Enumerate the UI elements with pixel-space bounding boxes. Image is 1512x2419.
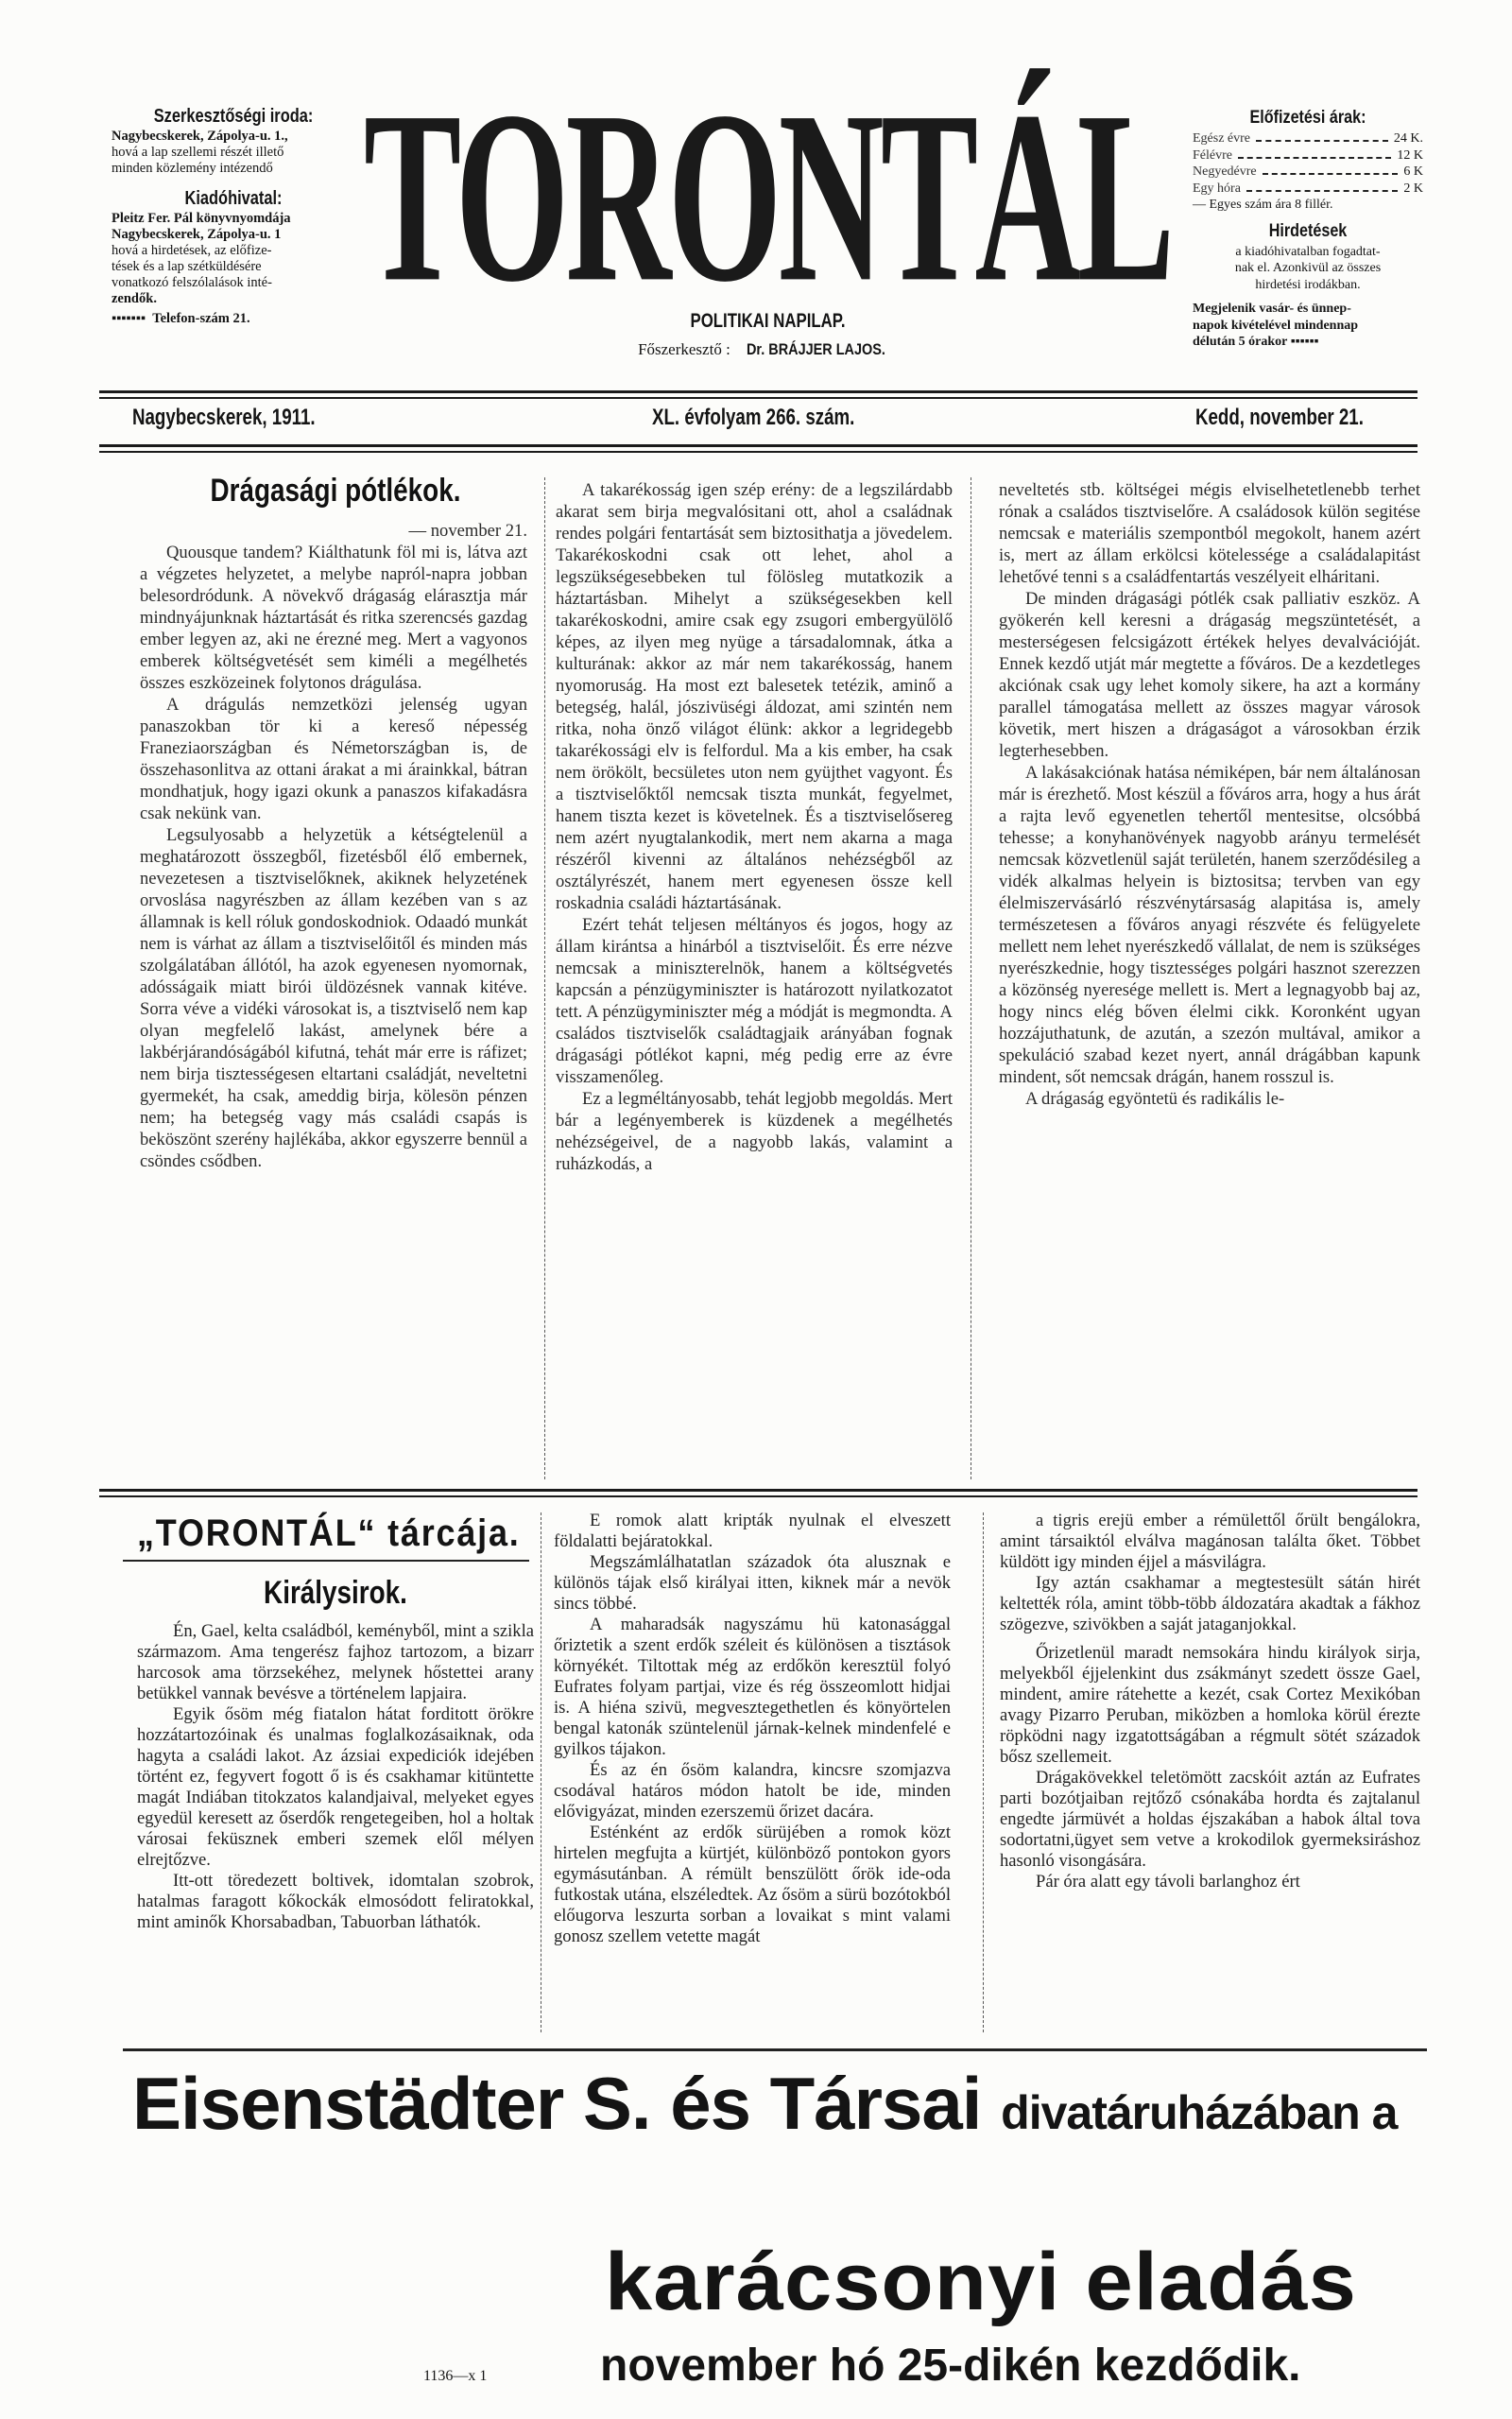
price-row: Negyedévre6 K — [1193, 164, 1423, 181]
advertisement-headline: Eisenstädter S. és Társai divatáruházába… — [132, 2061, 1436, 2147]
feuilleton-column-2: E romok alatt kripták nyulnak el elvesze… — [554, 1511, 951, 1947]
feuilleton-column-1: Én, Gael, kelta családból, keményből, mi… — [137, 1621, 534, 1933]
paragraph: Itt-ott töredezett boltivek, idomtalan s… — [137, 1871, 534, 1933]
paragraph: Esténként az erdők sürüjében a romok köz… — [554, 1823, 951, 1947]
editorial-office-line: minden közlemény intézendő — [112, 161, 355, 177]
column-divider — [544, 477, 545, 1479]
paragraph: Ez a legméltányosabb, tehát legjobb mego… — [556, 1088, 953, 1175]
paragraph: E romok alatt kripták nyulnak el elvesze… — [554, 1511, 951, 1552]
paragraph: Pár óra alatt egy távoli barlanghoz ért — [1000, 1872, 1420, 1892]
newspaper-title: TORONTÁL — [383, 102, 1153, 296]
dateline-date: Kedd, november 21. — [1195, 405, 1364, 431]
paragraph: A drágaság egyöntetü és radikális le- — [999, 1088, 1420, 1110]
paragraph: Legsulyosabb a helyzetük a kétségtelenül… — [140, 824, 527, 1172]
dateline-place-year: Nagybecskerek, 1911. — [132, 405, 316, 431]
advertisement-sale-title: karácsonyi eladás — [605, 2236, 1357, 2329]
paragraph: A maharadsák nagyszámu hü katonasággal ő… — [554, 1615, 951, 1760]
paragraph: Ezért tehát teljesen méltányos és jogos,… — [556, 914, 953, 1088]
schedule-line: napok kivételével mindennap — [1193, 318, 1423, 335]
editorial-office-heading: Szerkesztőségi iroda: — [133, 104, 334, 129]
paragraph: neveltetés stb. költségei mégis elviselh… — [999, 479, 1420, 588]
publishing-office-line: tések és a lap szétküldésére — [112, 259, 355, 275]
ads-line: hirdetési irodákban. — [1193, 277, 1423, 294]
feuilleton-column-3: a tigris erejü ember a rémülettől őrült … — [1000, 1511, 1420, 1892]
title-text: TORONTÁL — [364, 99, 1172, 296]
ornament-icon: ▪▪▪▪▪▪ — [1287, 335, 1318, 349]
dateline-volume: XL. évfolyam 266. szám. — [652, 405, 854, 431]
paragraph: Egyik ősöm még fiatalon hátat forditott … — [137, 1704, 534, 1871]
paragraph: Megszámlálhatatlan századok óta alusznak… — [554, 1552, 951, 1615]
lead-article-column-3: neveltetés stb. költségei mégis elviselh… — [999, 479, 1420, 1110]
phone-number: Telefon-szám 21. — [152, 311, 249, 326]
ads-line: a kiadóhivatalban fogadtat- — [1193, 244, 1423, 261]
column-divider — [983, 1512, 984, 2032]
editorial-office-line: hová a lap szellemi részét illető — [112, 145, 355, 161]
paragraph: A takarékosság igen szép erény: de a leg… — [556, 479, 953, 914]
price-row: Egész évre24 K. — [1193, 130, 1423, 147]
ornament-icon: ▪▪▪▪▪▪▪ — [112, 311, 152, 326]
subscription-heading: Előfizetési árak: — [1210, 106, 1405, 130]
lead-article-headline: Drágasági pótlékok. — [169, 473, 503, 510]
advertisement-sale-date: november hó 25-dikén kezdődik. — [600, 2340, 1301, 2392]
publishing-office-line: Pleitz Fer. Pál könyvnyomdája — [112, 211, 355, 227]
paragraph: És az én ősöm kalandra, kincsre szomjazv… — [554, 1760, 951, 1823]
paragraph: Drágakövekkel teletömött zacskóit aztán … — [1000, 1768, 1420, 1872]
phone-line: ▪▪▪▪▪▪▪ Telefon-szám 21. — [112, 311, 355, 327]
schedule-line: Megjelenik vasár- és ünnep- — [1193, 301, 1423, 318]
paragraph: De minden drágasági pótlék csak palliati… — [999, 588, 1420, 762]
divider — [99, 1489, 1417, 1492]
editorial-info-box: Szerkesztőségi iroda: Nagybecskerek, Záp… — [112, 104, 355, 327]
advertisement-code: 1136—x 1 — [423, 2368, 487, 2385]
publishing-office-heading: Kiadóhivatal: — [133, 186, 334, 211]
paragraph: A lakásakciónak hatása némiképen, bár ne… — [999, 762, 1420, 1088]
price-row: Egy hóra2 K — [1193, 181, 1423, 198]
publishing-office-line: vonatkozó felszólalások inté- — [112, 275, 355, 291]
ads-line: nak el. Azonkivül az összes — [1193, 260, 1423, 277]
subscription-info-box: Előfizetési árak: Egész évre24 K. Félévr… — [1193, 106, 1423, 351]
ad-store-type: divatáruházában a — [1001, 2086, 1397, 2139]
price-row: Félévre12 K — [1193, 147, 1423, 164]
paragraph: a tigris erejü ember a rémülettől őrült … — [1000, 1511, 1420, 1573]
editor-label: Főszerkesztő : — [638, 340, 730, 358]
publishing-office-line: zendők. — [112, 291, 355, 307]
ads-heading: Hirdetések — [1210, 219, 1405, 244]
column-divider — [541, 1512, 541, 2032]
divider — [99, 1495, 1417, 1497]
paragraph: Igy aztán csakhamar a megtestesült sátán… — [1000, 1573, 1420, 1635]
editorial-office-line: Nagybecskerek, Zápolya-u. 1., — [112, 129, 355, 145]
feuilleton-headline: Királysirok. — [169, 1575, 503, 1612]
paragraph: Én, Gael, kelta családból, keményből, mi… — [137, 1621, 534, 1704]
divider — [99, 397, 1417, 399]
paragraph: Quousque tandem? Kiálthatunk föl mi is, … — [140, 542, 527, 694]
publishing-office-line: Nagybecskerek, Zápolya-u. 1 — [112, 227, 355, 243]
divider — [99, 451, 1417, 453]
divider — [99, 444, 1417, 447]
editor-line: Főszerkesztő : Dr. BRÁJJER LAJOS. — [383, 340, 1153, 359]
article-date: — november 21. — [140, 520, 527, 542]
publishing-office-line: hová a hirdetések, az előfize- — [112, 243, 355, 259]
divider — [99, 390, 1417, 393]
divider — [123, 2048, 1427, 2051]
divider — [123, 1560, 529, 1562]
column-divider — [971, 477, 971, 1479]
lead-article-column-2: A takarékosság igen szép erény: de a leg… — [556, 479, 953, 1175]
feuilleton-section-title: „TORONTÁL“ tárcája. — [137, 1512, 494, 1555]
schedule-line: délután 5 órakor ▪▪▪▪▪▪ — [1193, 334, 1423, 351]
ad-store-name: Eisenstädter S. és Társai — [132, 2062, 981, 2145]
single-issue-price: — Egyes szám ára 8 fillér. — [1193, 197, 1423, 214]
lead-article-column-1: — november 21. Quousque tandem? Kiálthat… — [140, 520, 527, 1172]
paragraph: Őrizetlenül maradt nemsokára hindu királ… — [1000, 1643, 1420, 1768]
editor-name: Dr. BRÁJJER LAJOS. — [747, 340, 885, 359]
newspaper-subtitle: POLITIKAI NAPILAP. — [460, 310, 1076, 333]
paragraph: A drágulás nemzetközi jelenség ugyan pan… — [140, 694, 527, 824]
